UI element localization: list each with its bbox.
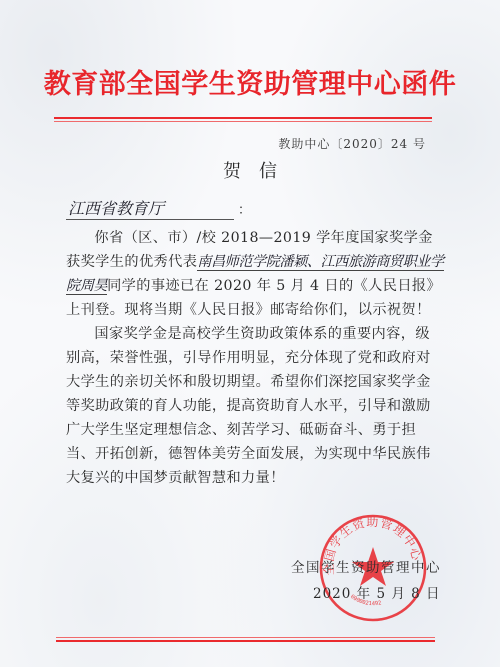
recipient-row: 江西省教育厅 ： xyxy=(66,198,251,220)
footer-rule-thick xyxy=(56,640,435,642)
signature-date: 2020 年 5 月 8 日 xyxy=(313,585,441,603)
recipient-colon: ： xyxy=(238,202,251,220)
recipient-name: 江西省教育厅 xyxy=(66,199,234,220)
header-rule-thin xyxy=(54,121,432,122)
paragraph-2: 国家奖学金是高校学生资助政策体系的重要内容，级别高，荣誉性强，引导作用明显，充分… xyxy=(66,322,444,490)
letterhead-title: 教育部全国学生资助管理中心函件 xyxy=(0,68,500,102)
letter-body: 你省（区、市）/校 2018—2019 学年度国家奖学金获奖学生的优秀代表南昌师… xyxy=(66,226,444,490)
letter-title: 贺信 xyxy=(0,160,500,184)
paragraph-1: 你省（区、市）/校 2018—2019 学年度国家奖学金获奖学生的优秀代表南昌师… xyxy=(66,226,444,322)
header-rule-thick xyxy=(54,117,432,119)
footer-rule-thin xyxy=(56,637,435,638)
signature-org: 全国学生资助管理中心 xyxy=(291,559,441,577)
paragraph-1-text-b: 同学的事迹已在 2020 年 5 月 4 日的《人民日报》上刊登。现将当期《人民… xyxy=(66,278,441,318)
document-number: 教助中心〔2020〕24 号 xyxy=(278,136,426,152)
